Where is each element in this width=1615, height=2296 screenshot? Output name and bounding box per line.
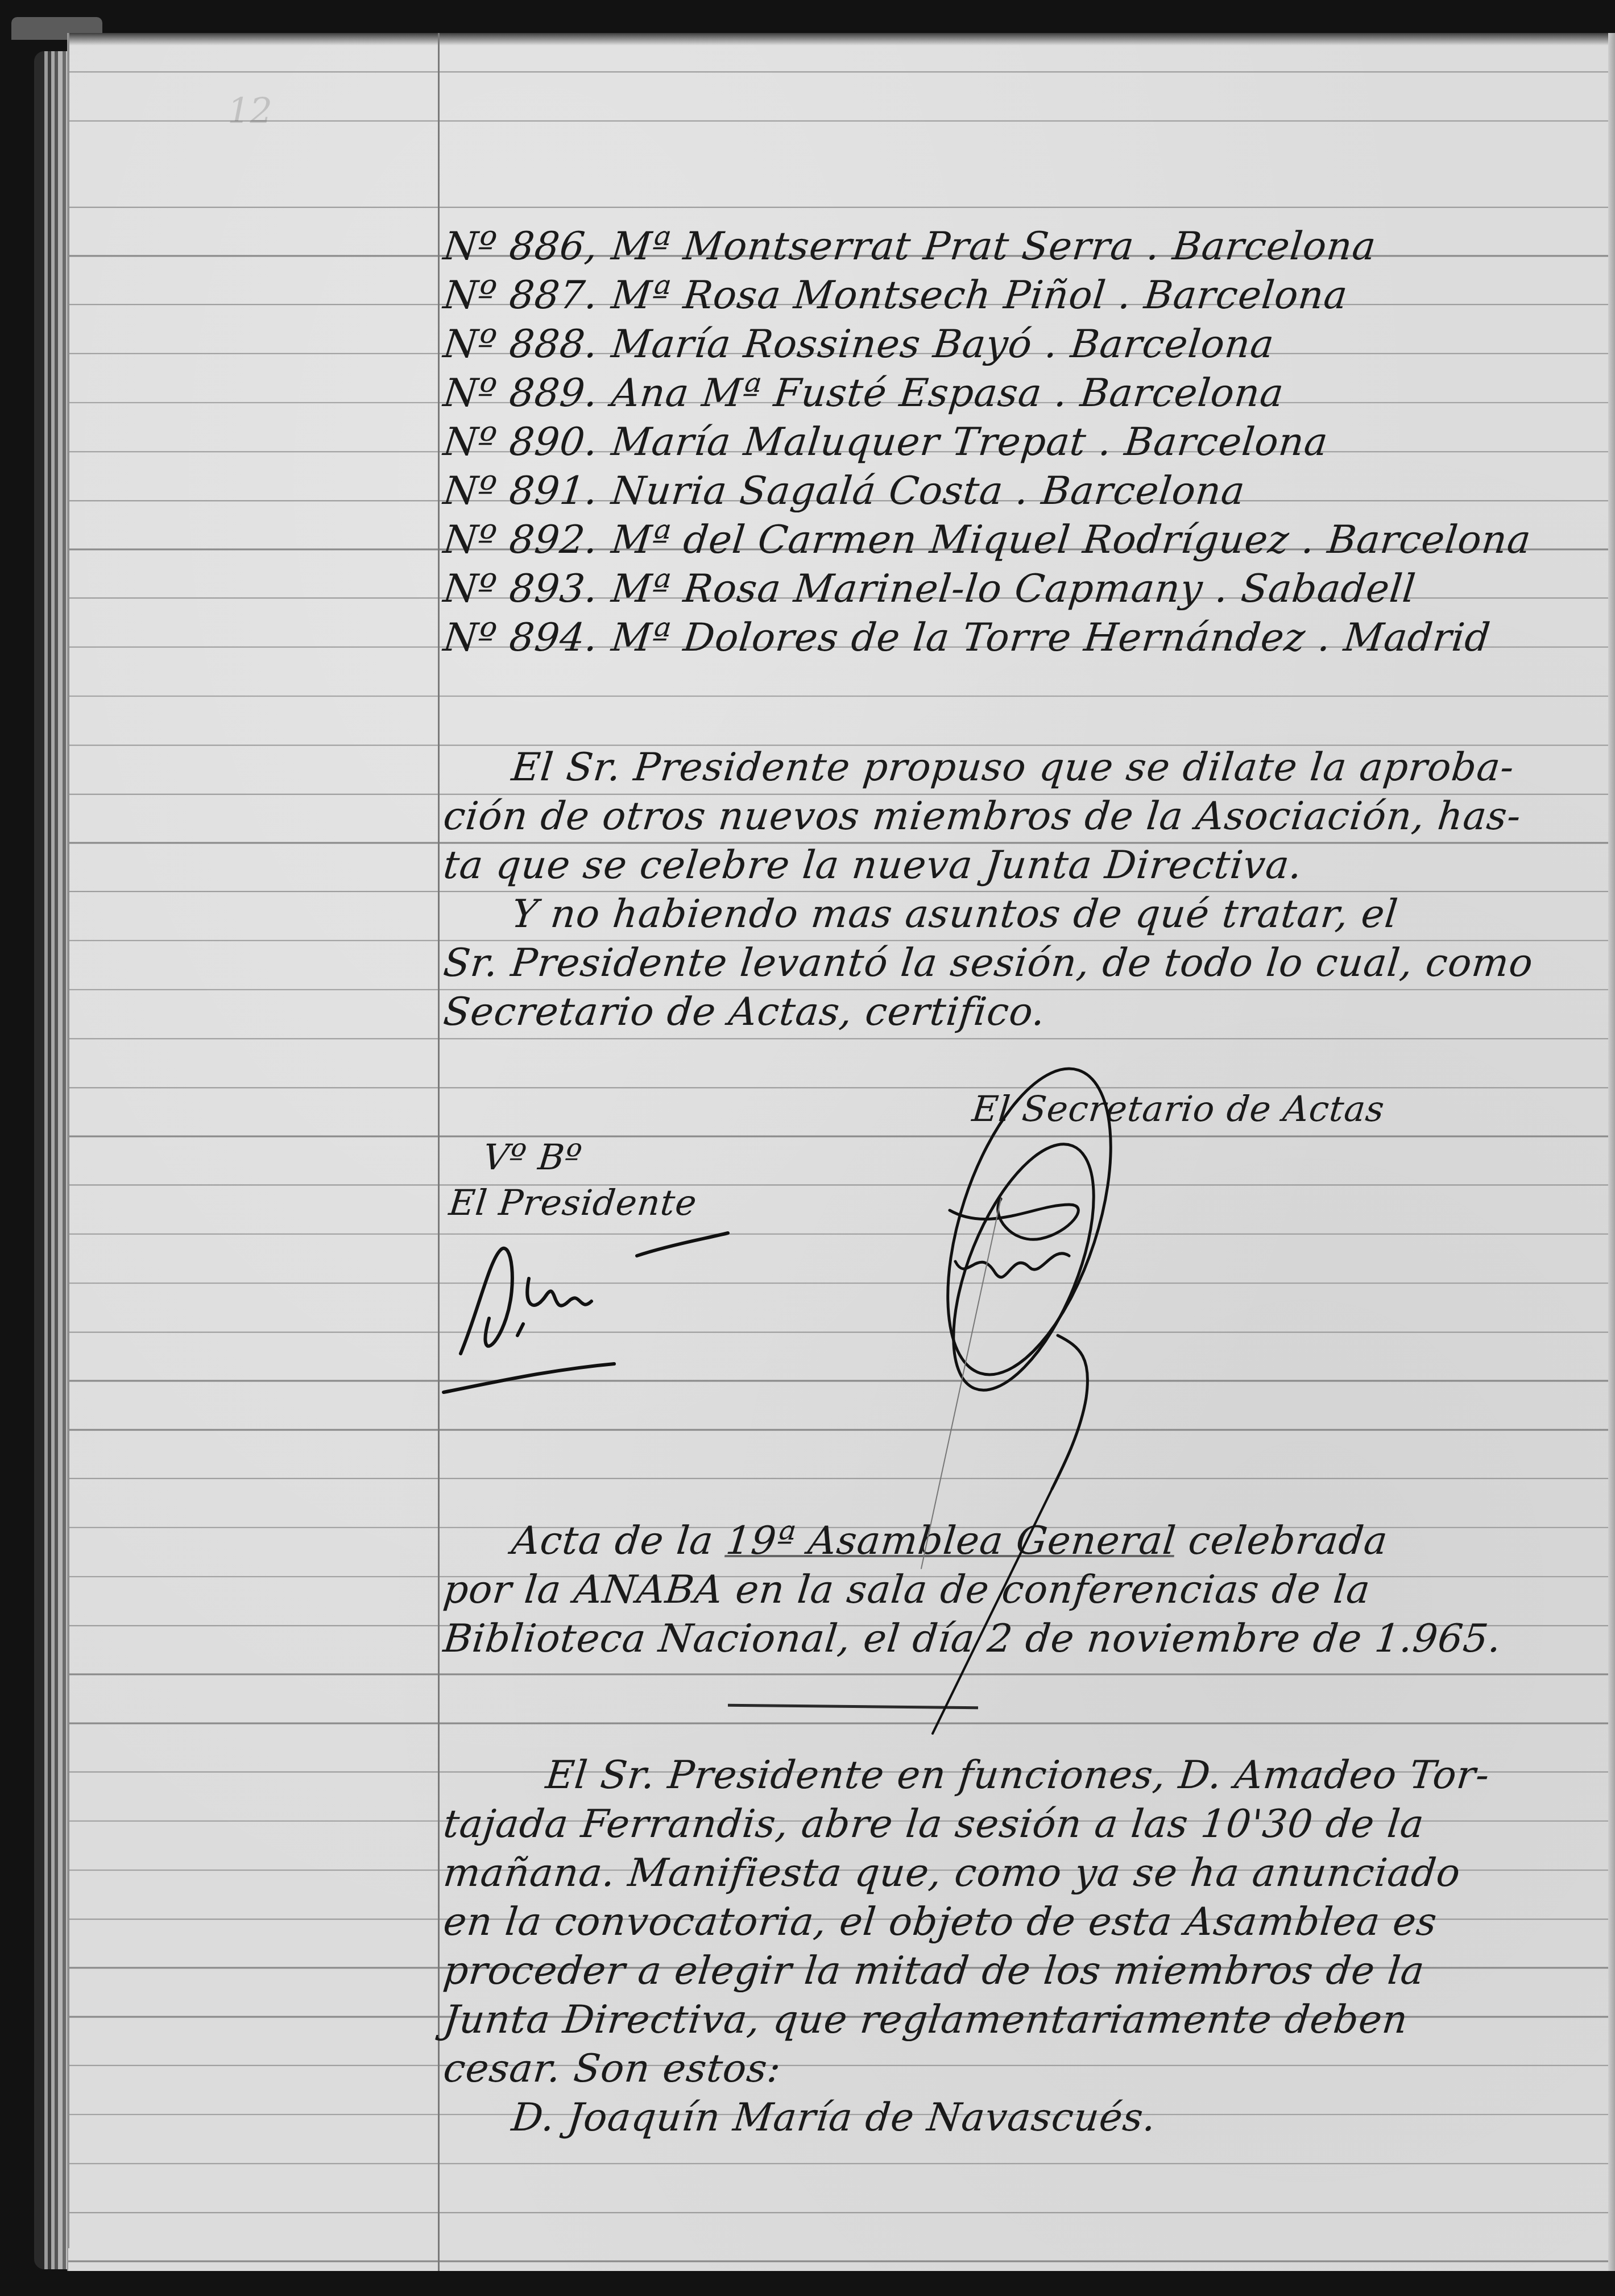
signature-strokes <box>68 33 1615 2271</box>
ledger-page: 12 Nº 886,Mª Montserrat Prat Serra . Bar… <box>67 33 1615 2271</box>
president-signature-icon <box>444 1233 728 1392</box>
secretary-signature-icon <box>915 1049 1143 1734</box>
